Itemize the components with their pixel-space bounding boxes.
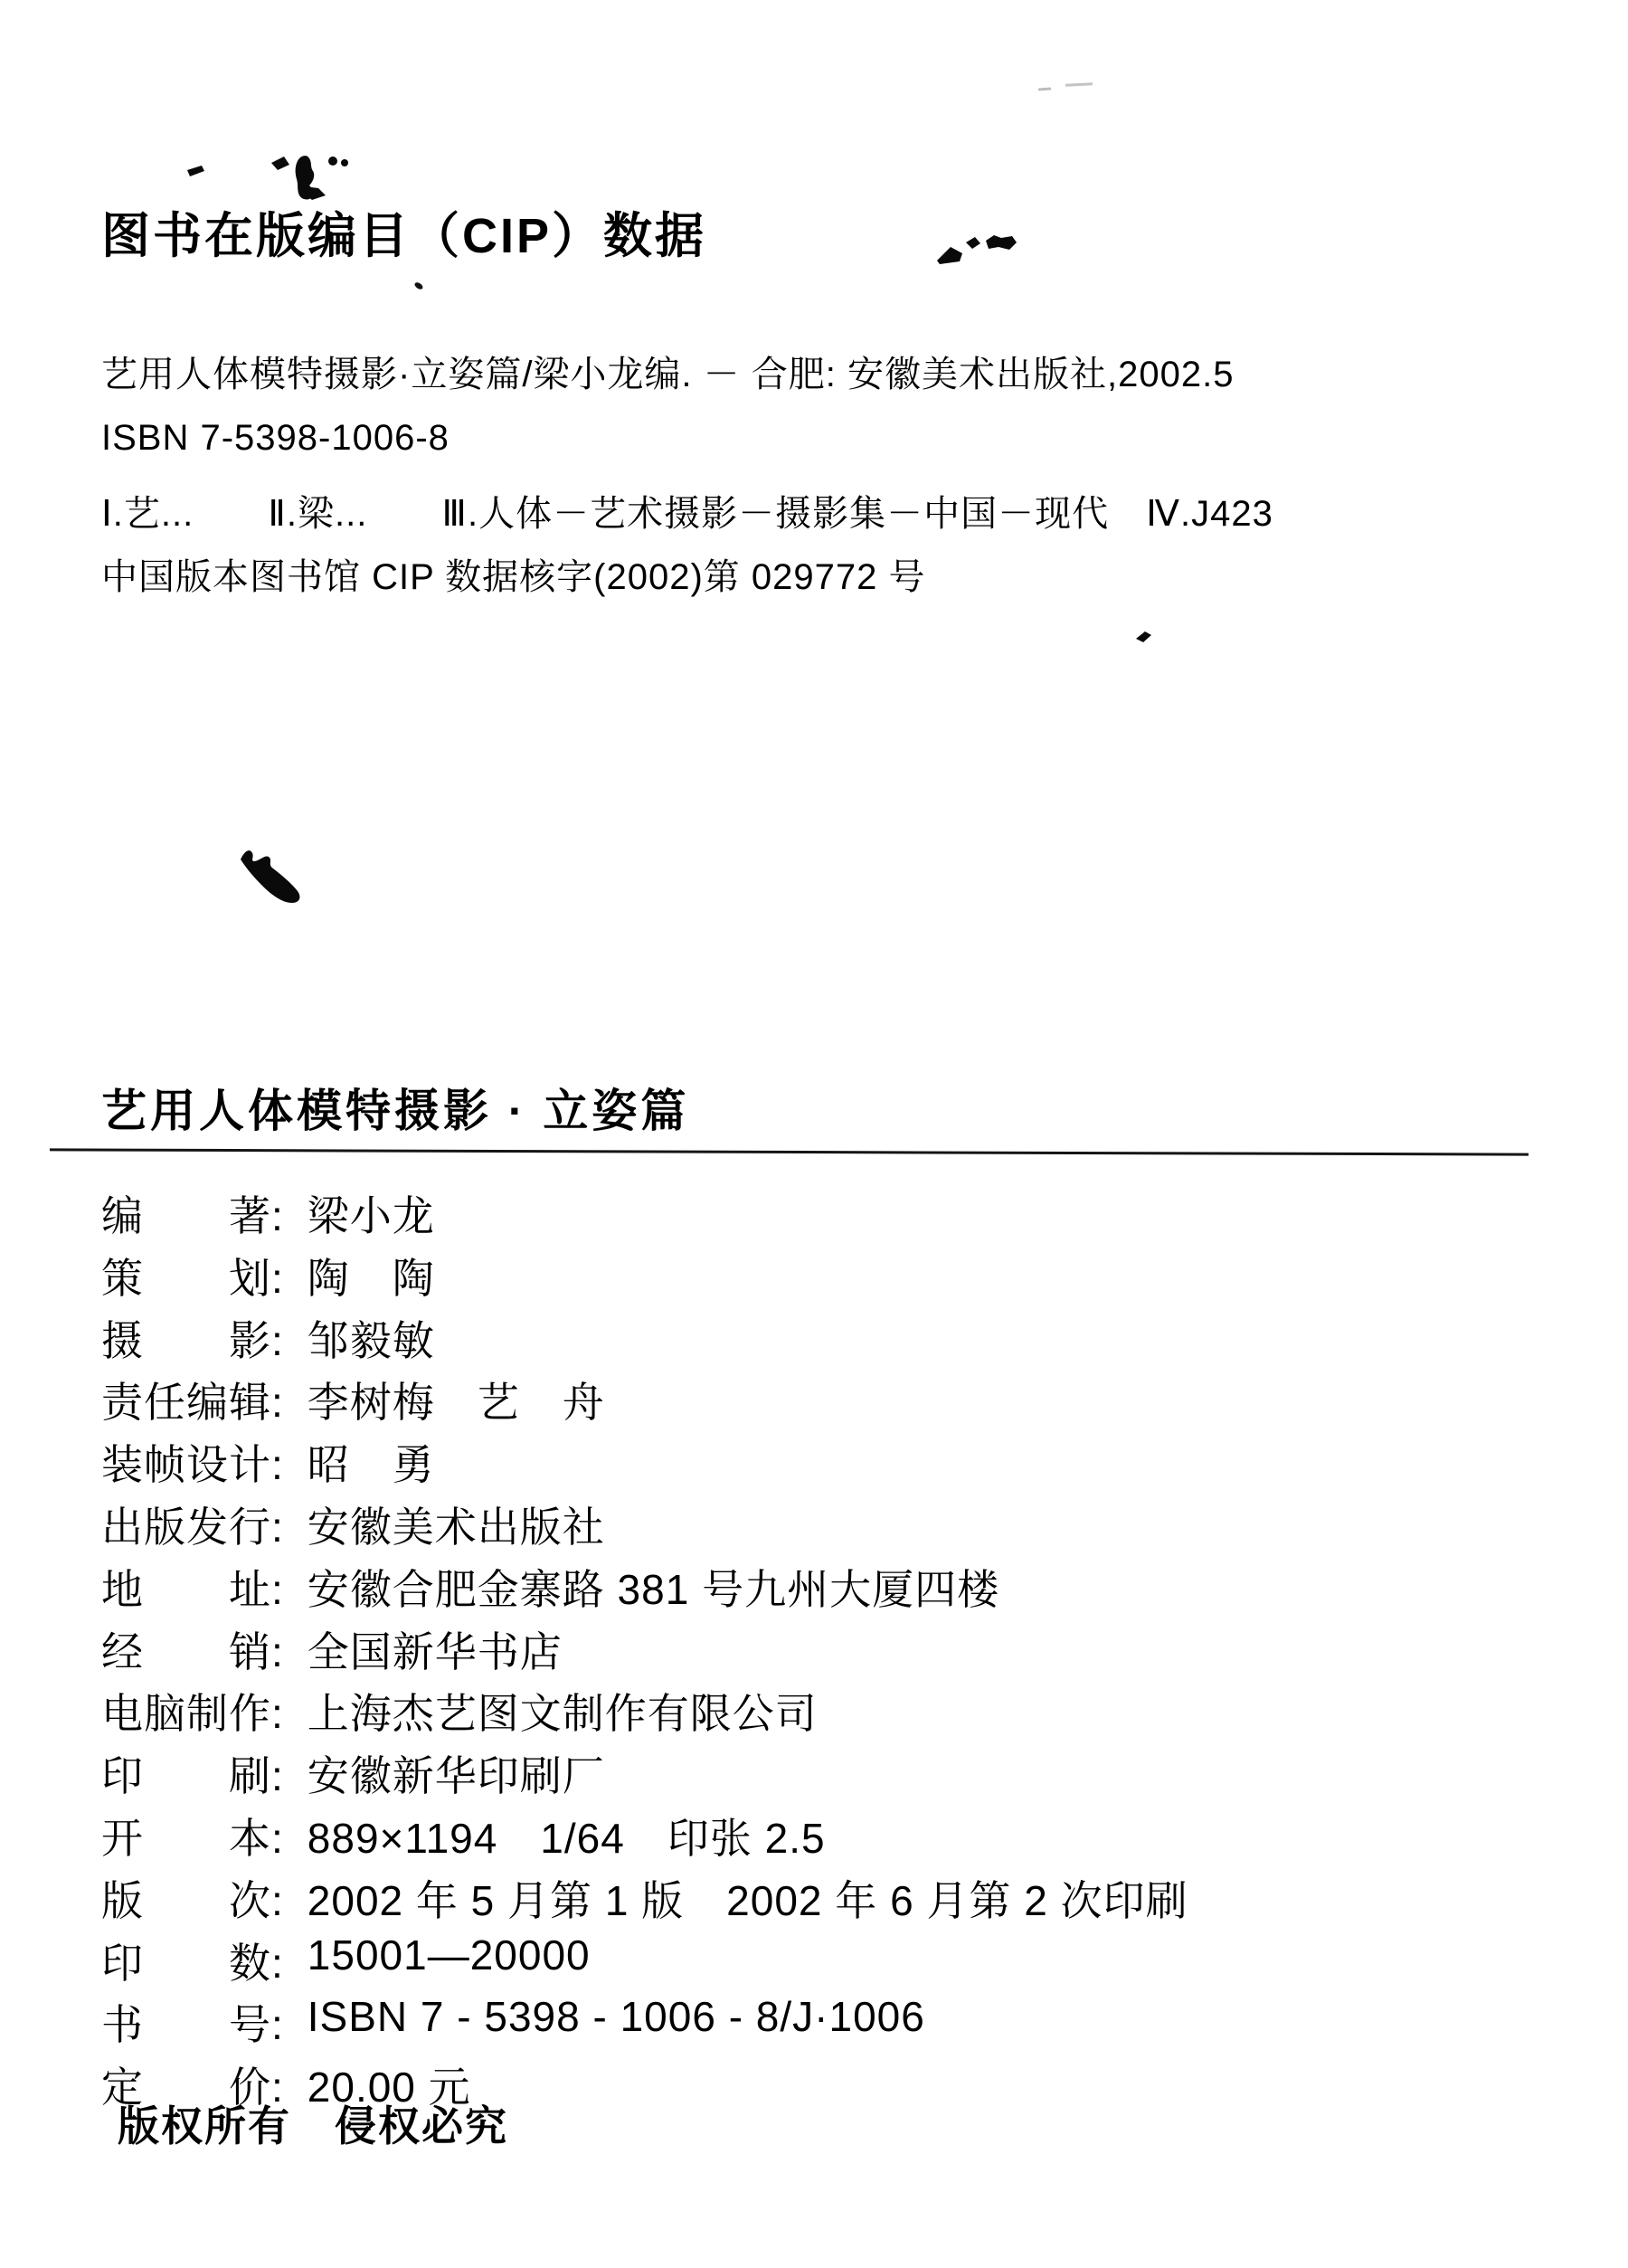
ink-speckle (986, 235, 1017, 250)
row-value: 889×1194 1/64 印张 2.5 (308, 1806, 826, 1865)
colophon-list: 编 著:梁小龙 策 划:陶 陶 摄 影:邹毅敏 责任编辑:李树梅 艺 舟 装帧设… (101, 1183, 1188, 2117)
ink-speckle (1065, 82, 1093, 87)
row-value: 上海杰艺图文制作有限公司 (308, 1681, 818, 1741)
row-label: 电脑制作: (101, 1681, 284, 1741)
row-label: 出版发行: (101, 1495, 284, 1554)
copyright-notice: 版权所有 侵权必究 (118, 2093, 508, 2153)
row-value: 安徽新华印刷厂 (308, 1743, 605, 1803)
colophon-row-printer: 印 刷:安徽新华印刷厂 (101, 1743, 1188, 1806)
ink-speckle (296, 156, 315, 199)
colophon-row-isbn: 书 号:ISBN 7 - 5398 - 1006 - 8/J·1006 (101, 1992, 1188, 2054)
divider-rule (50, 1148, 1529, 1155)
ink-speckle (341, 159, 348, 166)
ink-speckle (187, 166, 204, 176)
row-value: 2002 年 5 月第 1 版 2002 年 6 月第 2 次印刷 (308, 1868, 1188, 1928)
row-label: 书 号: (101, 1992, 284, 2052)
colophon-row-designer: 装帧设计:昭 勇 (101, 1432, 1188, 1495)
colophon-row-print-run: 印 数:15001—20000 (101, 1931, 1188, 1993)
cip-entry: 艺用人体模特摄影·立姿篇/梁小龙编. － 合肥: 安徽美术出版社,2002.5 … (101, 349, 1273, 615)
ink-speckle (1136, 631, 1151, 642)
colophon-row-editor: 责任编辑:李树梅 艺 舟 (101, 1370, 1188, 1432)
cip-record-number-line: 中国版本图书馆 CIP 数据核字(2002)第 029772 号 (101, 552, 1273, 615)
row-label: 策 划: (101, 1246, 284, 1305)
cip-isbn-line: ISBN 7-5398-1006-8 (101, 413, 1273, 476)
colophon-row-format: 开 本:889×1194 1/64 印张 2.5 (101, 1806, 1188, 1868)
cip-classification-line: Ⅰ.艺... Ⅱ.梁... Ⅲ.人体－艺术摄影－摄影集－中国－现代 Ⅳ.J423 (101, 489, 1273, 552)
ink-speckle (1038, 88, 1051, 91)
row-value: 安徽合肥金寨路 381 号九州大厦四楼 (308, 1557, 999, 1617)
colophon-row-address: 地 址:安徽合肥金寨路 381 号九州大厦四楼 (101, 1557, 1188, 1619)
row-value: 全国新华书店 (308, 1619, 563, 1679)
row-value: 梁小龙 (308, 1183, 435, 1243)
row-value: 安徽美术出版社 (308, 1495, 605, 1554)
row-label: 版 次: (101, 1868, 284, 1928)
row-label: 摄 影: (101, 1308, 284, 1368)
ink-smudge (241, 850, 299, 903)
ink-speckle (413, 281, 424, 291)
ink-speckle (966, 237, 980, 249)
row-label: 印 刷: (101, 1743, 284, 1803)
row-value: 邹毅敏 (308, 1308, 435, 1368)
row-value: ISBN 7 - 5398 - 1006 - 8/J·1006 (308, 1992, 925, 2041)
row-label: 编 著: (101, 1183, 284, 1243)
book-title: 艺用人体模特摄影 · 立姿篇 (101, 1075, 689, 1140)
row-value: 15001—20000 (308, 1931, 591, 1979)
row-label: 地 址: (101, 1557, 284, 1617)
ink-speckle (328, 157, 337, 166)
row-label: 装帧设计: (101, 1432, 284, 1492)
row-label: 印 数: (101, 1931, 284, 1990)
cip-entry-line: 艺用人体模特摄影·立姿篇/梁小龙编. － 合肥: 安徽美术出版社,2002.5 (101, 349, 1273, 413)
row-label: 经 销: (101, 1619, 284, 1679)
colophon-row-publisher: 出版发行:安徽美术出版社 (101, 1495, 1188, 1557)
colophon-row-author: 编 著:梁小龙 (101, 1183, 1188, 1246)
row-label: 开 本: (101, 1806, 284, 1865)
colophon-row-typesetting: 电脑制作:上海杰艺图文制作有限公司 (101, 1681, 1188, 1743)
colophon-row-photographer: 摄 影:邹毅敏 (101, 1308, 1188, 1371)
row-value: 李树梅 艺 舟 (308, 1370, 605, 1429)
ink-speckle (937, 247, 962, 264)
row-value: 昭 勇 (308, 1432, 435, 1492)
cip-heading: 图书在版编目（CIP）数据 (101, 197, 706, 267)
colophon-row-edition: 版 次:2002 年 5 月第 1 版 2002 年 6 月第 2 次印刷 (101, 1868, 1188, 1931)
row-label: 责任编辑: (101, 1370, 284, 1429)
colophon-row-planner: 策 划:陶 陶 (101, 1246, 1188, 1308)
book-copyright-page: 图书在版编目（CIP）数据 艺用人体模特摄影·立姿篇/梁小龙编. － 合肥: 安… (0, 0, 1628, 2268)
colophon-row-distributor: 经 销:全国新华书店 (101, 1619, 1188, 1682)
row-value: 陶 陶 (308, 1246, 435, 1305)
ink-speckle (271, 157, 289, 170)
